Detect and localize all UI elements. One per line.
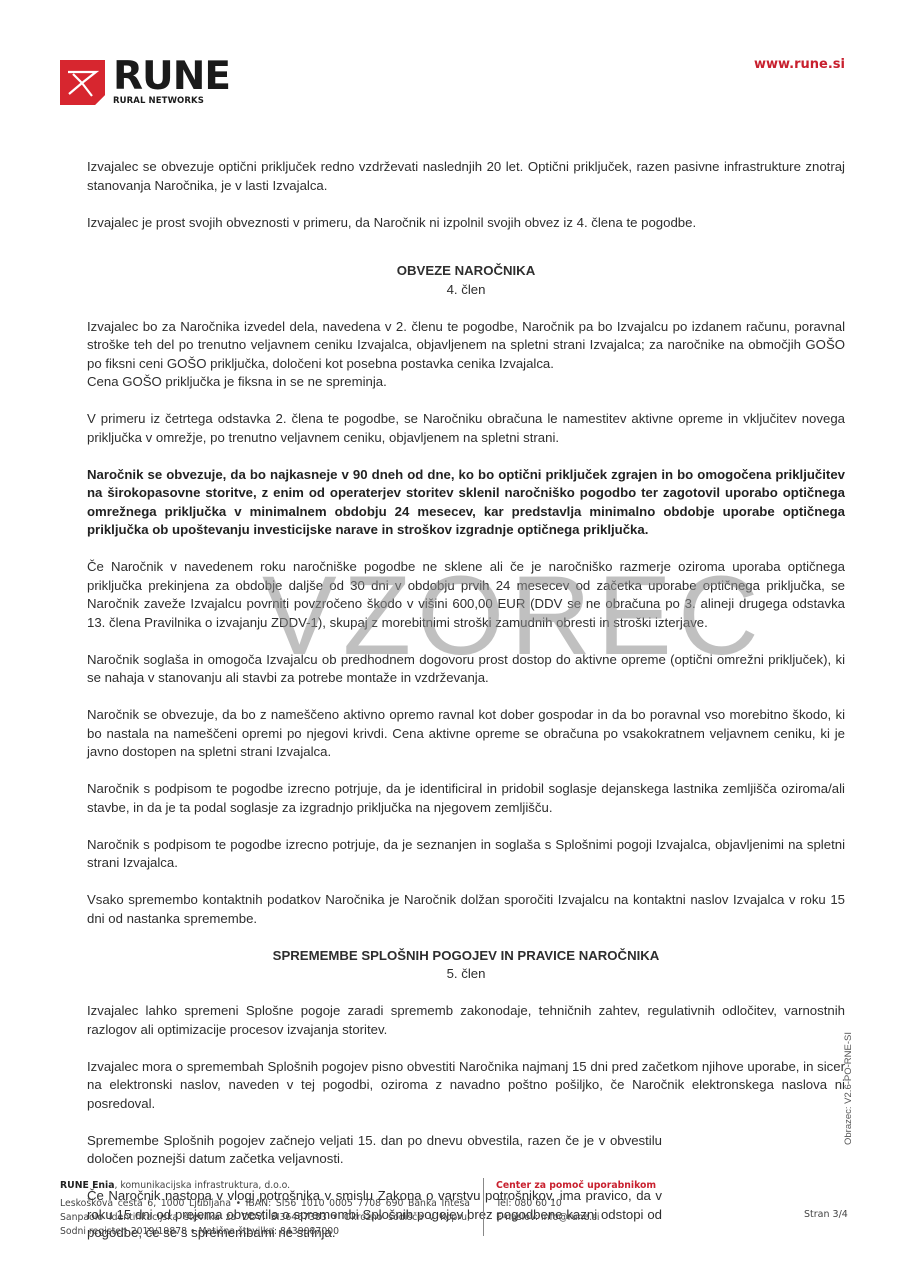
phone: Tel: 080 60 10: [496, 1197, 656, 1211]
paragraph: Cena GOŠO priključka je fiksna in se ne …: [87, 373, 845, 392]
article-number: 4. člen: [87, 281, 845, 300]
paragraph-bold: Naročnik se obvezuje, da bo najkasneje v…: [87, 466, 845, 540]
paragraph: Vsako spremembo kontaktnih podatkov Naro…: [87, 891, 845, 928]
document-body: Izvajalec se obvezuje optični priključek…: [87, 158, 845, 1261]
paragraph: Izvajalec se obvezuje optični priključek…: [87, 158, 845, 195]
form-code: Obrazec: V2.6-PO-RNE-SI: [843, 1032, 854, 1145]
paragraph: Če Naročnik v navedenem roku naročniške …: [87, 558, 845, 632]
company-name: RUNE Enia: [60, 1180, 115, 1191]
paragraph: Naročnik s podpisom te pogodbe izrecno p…: [87, 836, 845, 873]
footer-divider: [483, 1178, 484, 1236]
paragraph: Izvajalec je prost svojih obveznosti v p…: [87, 214, 845, 233]
help-center-title: Center za pomoč uporabnikom: [496, 1179, 656, 1193]
paragraph: V primeru iz četrtega odstavka 2. člena …: [87, 410, 845, 447]
company-address: Leskoškova cesta 6, 1000 Ljubljana • IBA…: [60, 1197, 470, 1239]
paragraph: Naročnik soglaša in omogoča Izvajalcu ob…: [87, 651, 845, 688]
footer-contact: Center za pomoč uporabnikom Tel: 080 60 …: [496, 1179, 656, 1225]
section-title: OBVEZE NAROČNIKA: [87, 262, 845, 281]
paragraph: Izvajalec bo za Naročnika izvedel dela, …: [87, 318, 845, 374]
paragraph: Izvajalec lahko spremeni Splošne pogoje …: [87, 1002, 845, 1039]
paragraph: Spremembe Splošnih pogojev začnejo velja…: [87, 1132, 662, 1169]
article-number: 5. člen: [87, 965, 845, 984]
rune-logo-icon: [60, 60, 105, 105]
logo-wordmark: RUNE: [113, 60, 230, 94]
company-type: , komunikacijska infrastruktura, d.o.o.: [115, 1180, 291, 1191]
footer-company-info: RUNE Enia, komunikacijska infrastruktura…: [60, 1179, 470, 1239]
paragraph: Izvajalec mora o spremembah Splošnih pog…: [87, 1058, 845, 1114]
rune-logo: RUNE RURAL NETWORKS: [60, 60, 230, 106]
paragraph: Naročnik s podpisom te pogodbe izrecno p…: [87, 780, 845, 817]
paragraph: Naročnik se obvezuje, da bo z nameščeno …: [87, 706, 845, 762]
page-number: Stran 3/4: [804, 1209, 848, 1220]
website-link[interactable]: www.rune.si: [754, 57, 845, 72]
section-title: SPREMEMBE SPLOŠNIH POGOJEV IN PRAVICE NA…: [87, 947, 845, 966]
email-link[interactable]: E-naslov: info@rune.si: [496, 1211, 656, 1225]
